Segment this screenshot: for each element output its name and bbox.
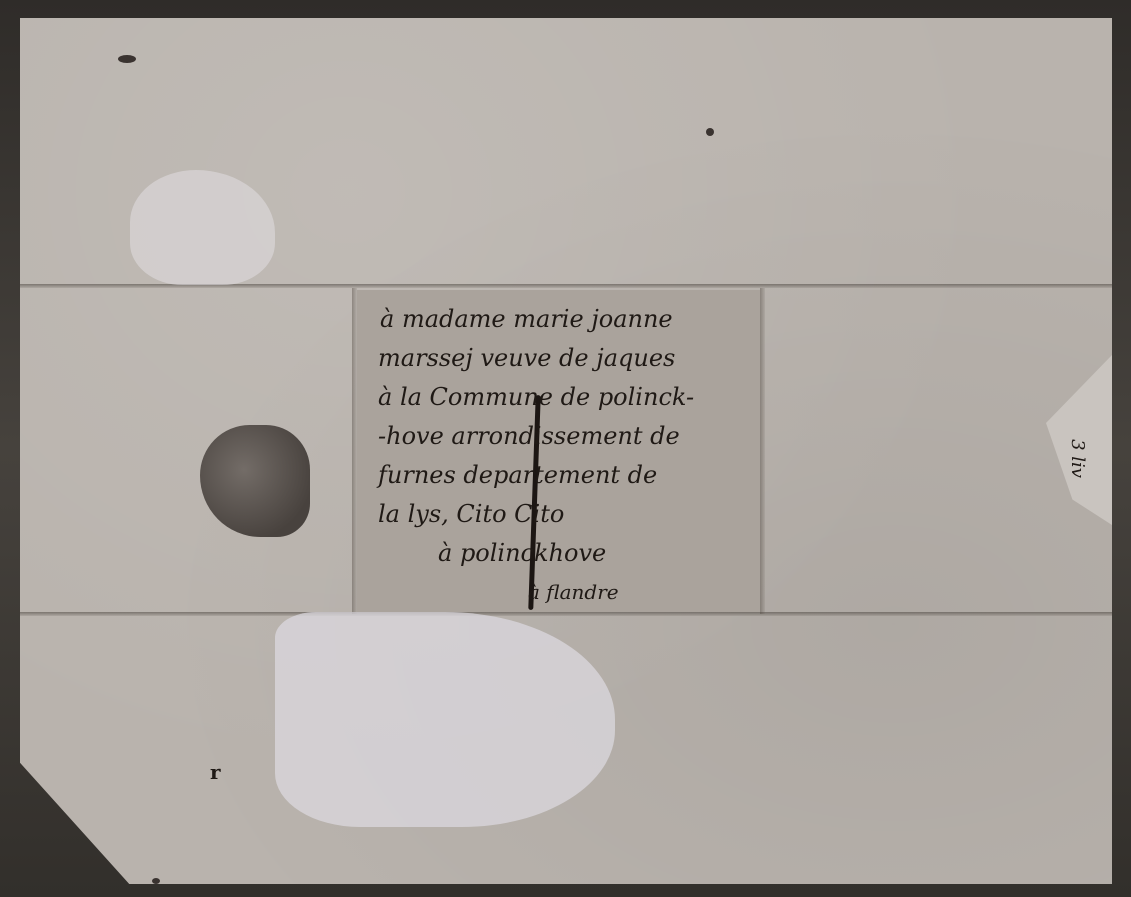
tape-mark-lower bbox=[275, 612, 615, 827]
address-line: à polinckhove bbox=[378, 534, 758, 573]
fold-line-right bbox=[760, 288, 765, 614]
address-line: à madame marie joanne bbox=[378, 300, 758, 339]
address-line: furnes departement de bbox=[378, 456, 758, 495]
margin-note: 3 liv bbox=[1067, 439, 1088, 478]
address-line: la lys, Cito Cito bbox=[378, 495, 758, 534]
fold-line-bottom bbox=[20, 612, 1112, 616]
corner-ink-mark: r bbox=[210, 760, 221, 784]
address-line: -hove arrondissement de bbox=[378, 417, 758, 456]
handwritten-address: à madame marie joanne marssej veuve de j… bbox=[378, 300, 758, 612]
address-line: à flandre bbox=[378, 573, 758, 612]
ink-stain bbox=[118, 55, 136, 63]
fold-line-left bbox=[352, 288, 357, 614]
address-line: à la Commune de polinck- bbox=[378, 378, 758, 417]
ink-stain bbox=[152, 878, 160, 884]
ink-stain bbox=[706, 128, 714, 136]
address-line: marssej veuve de jaques bbox=[378, 339, 758, 378]
